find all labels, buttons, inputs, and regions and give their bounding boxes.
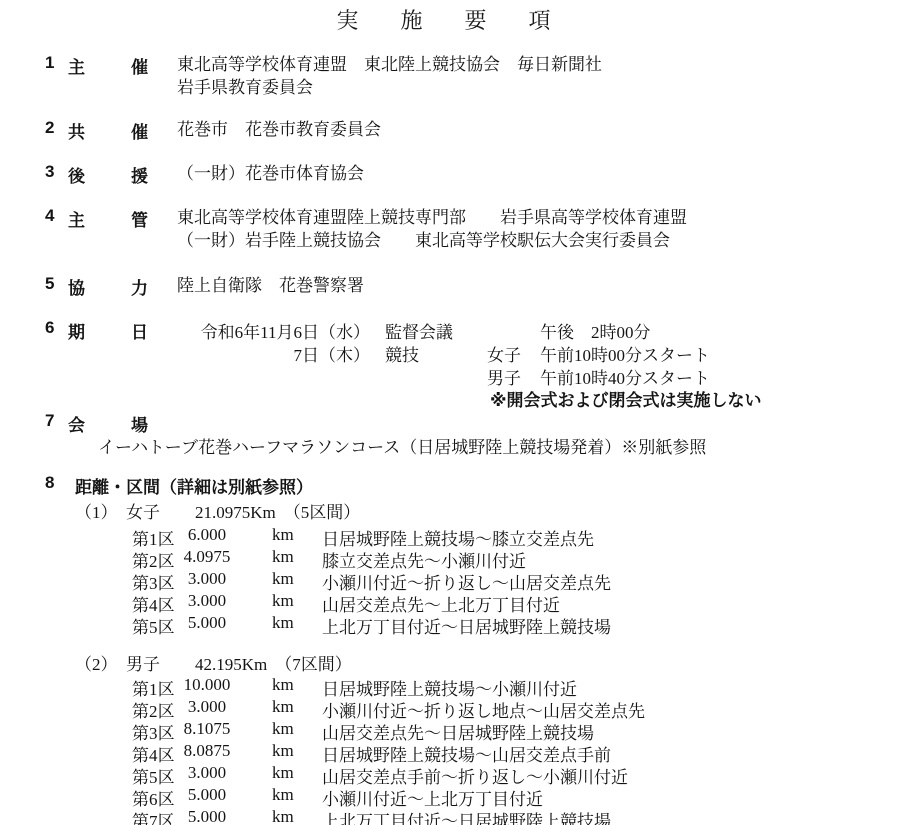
women-group-total: 21.0975Km（5区間） <box>195 498 360 523</box>
men-leg-row-6: 第6区 5.000 km 小瀬川付近～上北万丁目付近 <box>0 785 897 807</box>
leg-unit: km <box>272 741 294 761</box>
section-4-number: 4 <box>45 206 54 226</box>
section-5-number: 5 <box>45 274 54 294</box>
section-4-content: 東北高等学校体育連盟陸上競技専門部 岩手県高等学校体育連盟 （一財）岩手陸上競技… <box>177 206 687 252</box>
leg-distance: 5.000 <box>170 613 244 633</box>
leg-distance: 3.000 <box>170 697 244 717</box>
leg-unit: km <box>272 785 294 805</box>
section-3-number: 3 <box>45 162 54 182</box>
section-3-content: （一財）花巻市体育協会 <box>177 162 364 185</box>
schedule-date-1: 令和6年11月6日（水） <box>175 318 370 343</box>
schedule-meeting-label: 監督会議 <box>385 318 453 343</box>
section-4-line-1: 東北高等学校体育連盟陸上競技専門部 岩手県高等学校体育連盟 <box>177 206 687 229</box>
leg-distance: 4.0975 <box>170 547 244 567</box>
section-2-line-1: 花巻市 花巻市教育委員会 <box>177 118 381 141</box>
leg-unit: km <box>272 807 294 825</box>
section-6-number: 6 <box>45 318 54 338</box>
women-group-index: （1） <box>75 498 118 523</box>
women-leg-row-2: 第2区 4.0975 km 膝立交差点先～小瀬川付近 <box>0 547 897 569</box>
leg-distance: 6.000 <box>170 525 244 545</box>
section-3-label: 後援 <box>68 162 194 187</box>
men-sections-count: （7区間） <box>275 655 352 674</box>
document-page: 実 施 要 項 1 主催 東北高等学校体育連盟 東北陸上競技協会 毎日新聞社 岩… <box>0 0 897 825</box>
leg-route: 上北万丁目付近～日居城野陸上競技場 <box>322 613 611 638</box>
section-5-label: 協力 <box>68 274 194 299</box>
leg-distance: 8.1075 <box>170 719 244 739</box>
section-4-label: 主管 <box>68 206 194 231</box>
men-leg-row-2: 第2区 3.000 km 小瀬川付近～折り返し地点～山居交差点先 <box>0 697 897 719</box>
section-7-line-1: イーハトーブ花巻ハーフマラソンコース（日居城野陸上競技場発着）※別紙参照 <box>98 433 706 458</box>
leg-name: 第7区 <box>132 807 175 825</box>
leg-distance: 3.000 <box>170 591 244 611</box>
men-group-gender: 男子 <box>126 650 160 675</box>
leg-distance: 3.000 <box>170 763 244 783</box>
leg-unit: km <box>272 591 294 611</box>
men-leg-row-7: 第7区 5.000 km 上北万丁目付近～日居城野陸上競技場 <box>0 807 897 825</box>
leg-unit: km <box>272 547 294 567</box>
leg-unit: km <box>272 569 294 589</box>
leg-distance: 8.0875 <box>170 741 244 761</box>
document-title: 実 施 要 項 <box>0 4 897 35</box>
women-total-distance: 21.0975Km <box>195 503 276 522</box>
section-1-content: 東北高等学校体育連盟 東北陸上競技協会 毎日新聞社 岩手県教育委員会 <box>177 53 602 99</box>
schedule-meeting-time: 午後 2時00分 <box>540 318 651 343</box>
section-7-number: 7 <box>45 411 54 431</box>
women-leg-row-3: 第3区 3.000 km 小瀬川付近～折り返し～山居交差点先 <box>0 569 897 591</box>
leg-unit: km <box>272 763 294 783</box>
men-group-index: （2） <box>75 650 118 675</box>
leg-unit: km <box>272 675 294 695</box>
schedule-note: ※開会式および閉会式は実施しない <box>490 386 762 411</box>
section-2-content: 花巻市 花巻市教育委員会 <box>177 118 381 141</box>
leg-distance: 3.000 <box>170 569 244 589</box>
schedule-race-label: 競技 <box>385 341 419 366</box>
section-8-heading: 距離・区間（詳細は別紙参照） <box>75 473 313 498</box>
section-2-label: 共催 <box>68 118 194 143</box>
schedule-date-2: 7日（木） <box>175 341 370 366</box>
leg-unit: km <box>272 525 294 545</box>
leg-route: 上北万丁目付近～日居城野陸上競技場 <box>322 807 611 825</box>
men-leg-row-3: 第3区 8.1075 km 山居交差点先～日居城野陸上競技場 <box>0 719 897 741</box>
men-group-total: 42.195Km（7区間） <box>195 650 352 675</box>
schedule-women-label: 女子 <box>487 341 521 366</box>
section-4-line-2: （一財）岩手陸上競技協会 東北高等学校駅伝大会実行委員会 <box>177 229 687 252</box>
section-8-number: 8 <box>45 473 54 493</box>
men-leg-row-5: 第5区 3.000 km 山居交差点手前～折り返し～小瀬川付近 <box>0 763 897 785</box>
section-5-content: 陸上自衛隊 花巻警察署 <box>177 274 364 297</box>
leg-unit: km <box>272 613 294 633</box>
schedule-women-time: 午前10時00分スタート <box>540 341 710 366</box>
leg-unit: km <box>272 719 294 739</box>
leg-distance: 10.000 <box>170 675 244 695</box>
section-1-label: 主催 <box>68 53 194 78</box>
leg-distance: 5.000 <box>170 785 244 805</box>
leg-distance: 5.000 <box>170 807 244 825</box>
section-1-number: 1 <box>45 53 54 73</box>
women-group-gender: 女子 <box>126 498 160 523</box>
women-leg-row-5: 第5区 5.000 km 上北万丁目付近～日居城野陸上競技場 <box>0 613 897 635</box>
women-sections-count: （5区間） <box>284 503 361 522</box>
section-2-number: 2 <box>45 118 54 138</box>
men-leg-row-4: 第4区 8.0875 km 日居城野陸上競技場～山居交差点手前 <box>0 741 897 763</box>
section-1-line-1: 東北高等学校体育連盟 東北陸上競技協会 毎日新聞社 <box>177 53 602 76</box>
men-total-distance: 42.195Km <box>195 655 267 674</box>
women-leg-row-4: 第4区 3.000 km 山居交差点先～上北万丁目付近 <box>0 591 897 613</box>
women-leg-row-1: 第1区 6.000 km 日居城野陸上競技場～膝立交差点先 <box>0 525 897 547</box>
leg-name: 第5区 <box>132 613 175 638</box>
leg-unit: km <box>272 697 294 717</box>
section-3-line-1: （一財）花巻市体育協会 <box>177 162 364 185</box>
section-1-line-2: 岩手県教育委員会 <box>177 76 602 99</box>
men-leg-row-1: 第1区 10.000 km 日居城野陸上競技場～小瀬川付近 <box>0 675 897 697</box>
section-5-line-1: 陸上自衛隊 花巻警察署 <box>177 274 364 297</box>
